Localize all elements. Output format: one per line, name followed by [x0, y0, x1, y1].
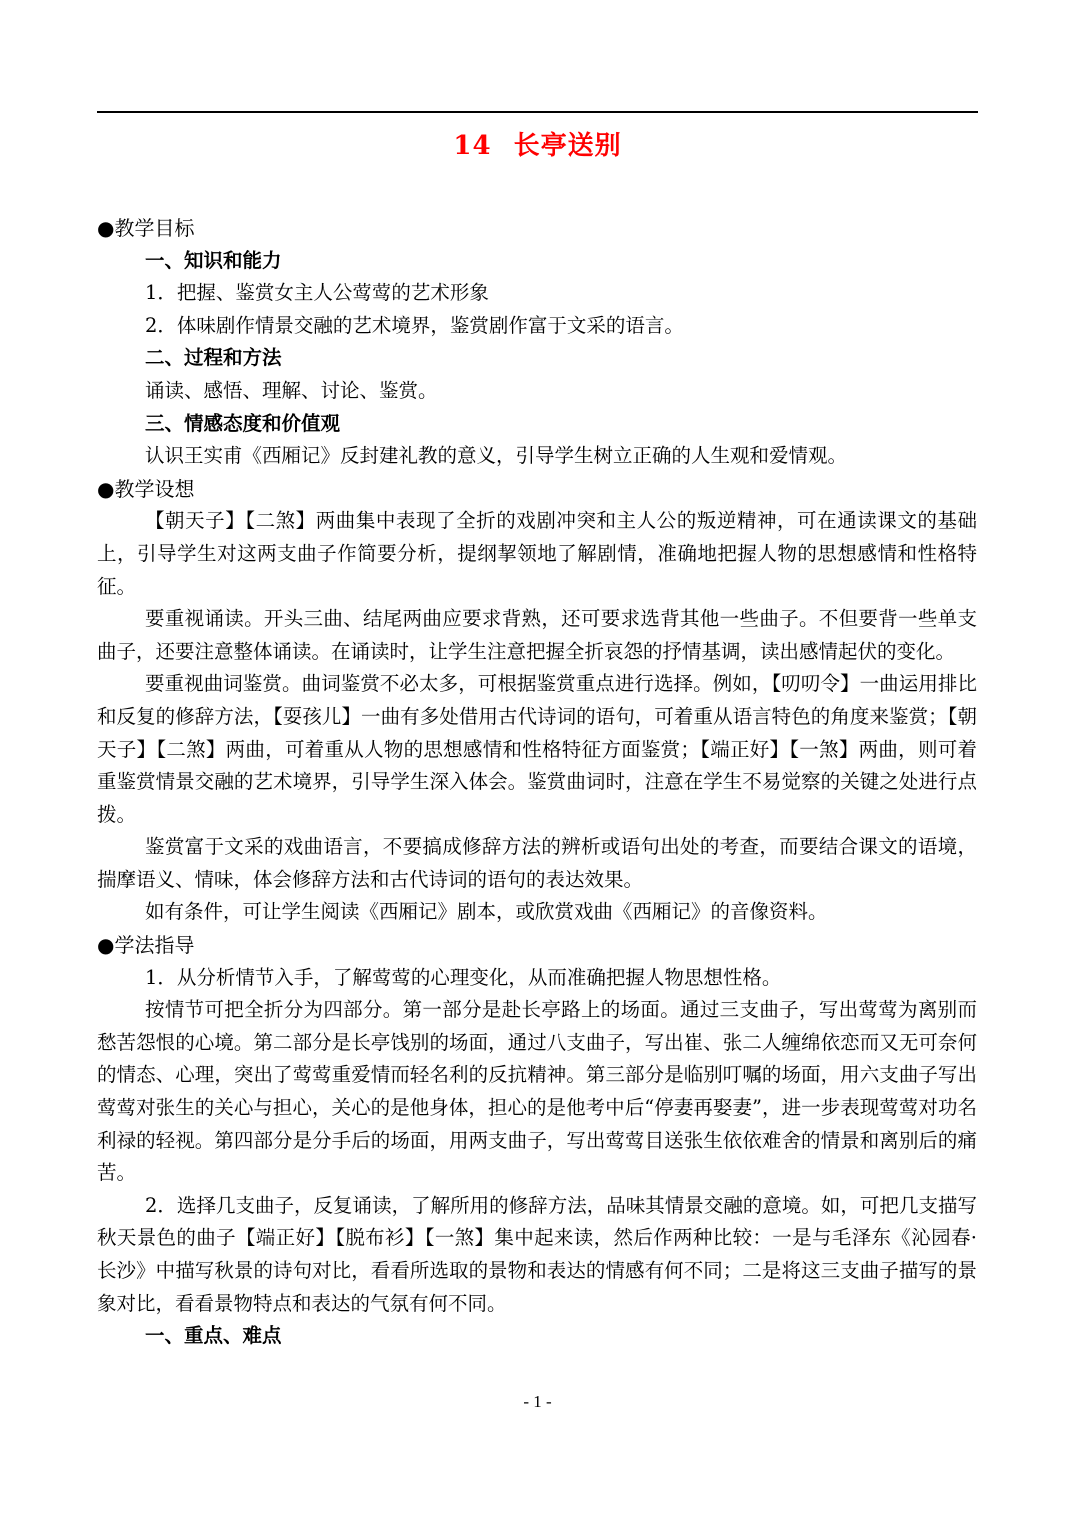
header-rule — [97, 111, 978, 113]
attitude-values-text: 认识王实甫《西厢记》反封建礼教的意义，引导学生树立正确的人生观和爱情观。 — [97, 440, 977, 473]
objective-item: 2．体味剧作情景交融的艺术境界，鉴赏剧作富于文采的语言。 — [97, 310, 977, 343]
subheading-attitude-values: 三、情感态度和价值观 — [97, 408, 977, 441]
design-paragraph: 【朝天子】【二煞】两曲集中表现了全折的戏剧冲突和主人公的叛逆精神，可在通读课文的… — [97, 505, 977, 603]
lesson-title: 长亭送别 — [514, 131, 622, 161]
subheading-key-difficult-points: 一、重点、难点 — [97, 1320, 977, 1353]
design-paragraph: 要重视曲词鉴赏。曲词鉴赏不必太多，可根据鉴赏重点进行选择。例如，【叨叨令】一曲运… — [97, 668, 977, 831]
process-method-text: 诵读、感悟、理解、讨论、鉴赏。 — [97, 375, 977, 408]
method-paragraph: 按情节可把全折分为四部分。第一部分是赴长亭路上的场面。通过三支曲子，写出莺莺为离… — [97, 994, 977, 1190]
document-body: ●教学目标 一、知识和能力 1．把握、鉴赏女主人公莺莺的艺术形象 2．体味剧作情… — [97, 212, 977, 1353]
method-paragraph: 1．从分析情节入手，了解莺莺的心理变化，从而准确把握人物思想性格。 — [97, 962, 977, 995]
method-paragraph: 2．选择几支曲子，反复诵读，了解所用的修辞方法，品味其情景交融的意境。如，可把几… — [97, 1190, 977, 1320]
page-title: 14长亭送别 — [0, 128, 1075, 164]
section-heading-design: ●教学设想 — [97, 473, 977, 506]
design-paragraph: 鉴赏富于文采的戏曲语言，不要搞成修辞方法的辨析或语句出处的考查，而要结合课文的语… — [97, 831, 977, 896]
objective-item: 1．把握、鉴赏女主人公莺莺的艺术形象 — [97, 277, 977, 310]
section-heading-method: ●学法指导 — [97, 929, 977, 962]
subheading-process-method: 二、过程和方法 — [97, 342, 977, 375]
section-heading-objectives: ●教学目标 — [97, 212, 977, 245]
design-paragraph: 要重视诵读。开头三曲、结尾两曲应要求背熟，还可要求选背其他一些曲子。不但要背一些… — [97, 603, 977, 668]
lesson-number: 14 — [453, 131, 491, 161]
subheading-knowledge-ability: 一、知识和能力 — [97, 245, 977, 278]
design-paragraph: 如有条件，可让学生阅读《西厢记》剧本，或欣赏戏曲《西厢记》的音像资料。 — [97, 896, 977, 929]
page-number: - 1 - — [0, 1392, 1075, 1412]
